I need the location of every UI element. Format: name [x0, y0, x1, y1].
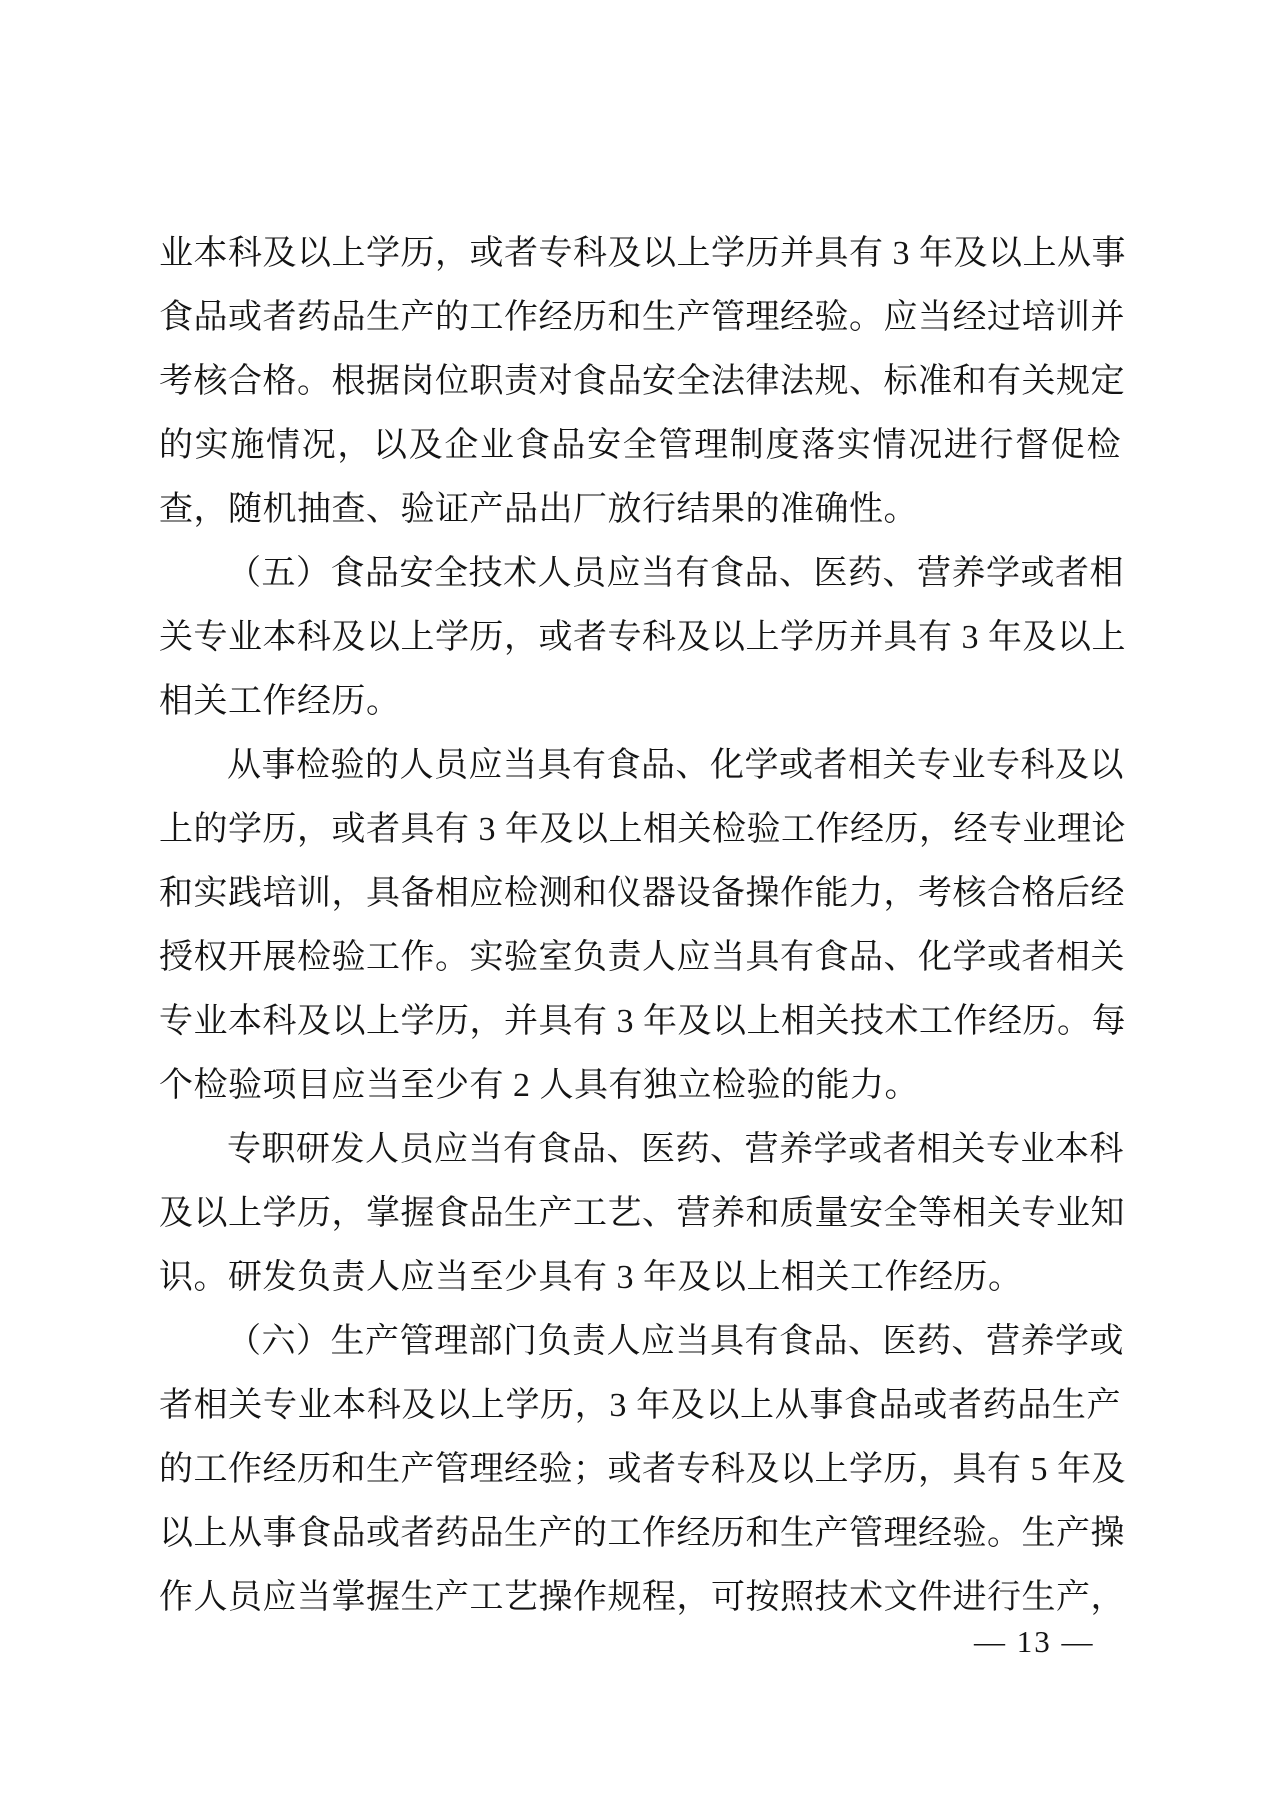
text-line: 作人员应当掌握生产工艺操作规程，可按照技术文件进行生产， [159, 1566, 1121, 1630]
text-line: 以上从事食品或者药品生产的工作经历和生产管理经验。生产操 [159, 1502, 1121, 1566]
text-line: 食品或者药品生产的工作经历和生产管理经验。应当经过培训并 [159, 286, 1121, 350]
text-line-paragraph-start: （五）食品安全技术人员应当有食品、医药、营养学或者相 [159, 542, 1121, 606]
page-number: — 13 — [974, 1622, 1095, 1662]
text-line-paragraph-start: 从事检验的人员应当具有食品、化学或者相关专业专科及以 [159, 734, 1121, 798]
text-line: 考核合格。根据岗位职责对食品安全法律法规、标准和有关规定 [159, 350, 1121, 414]
text-line-paragraph-start: 专职研发人员应当有食品、医药、营养学或者相关专业本科 [159, 1118, 1121, 1182]
text-line: 的实施情况，以及企业食品安全管理制度落实情况进行督促检 [159, 414, 1121, 478]
text-line: 授权开展检验工作。实验室负责人应当具有食品、化学或者相关 [159, 926, 1121, 990]
text-line: 专业本科及以上学历，并具有 3 年及以上相关技术工作经历。每 [159, 990, 1121, 1054]
text-line: 业本科及以上学历，或者专科及以上学历并具有 3 年及以上从事 [159, 222, 1121, 286]
text-line: 识。研发负责人应当至少具有 3 年及以上相关工作经历。 [159, 1246, 1121, 1310]
text-line: 上的学历，或者具有 3 年及以上相关检验工作经历，经专业理论 [159, 798, 1121, 862]
text-line: 个检验项目应当至少有 2 人具有独立检验的能力。 [159, 1054, 1121, 1118]
text-line: 及以上学历，掌握食品生产工艺、营养和质量安全等相关专业知 [159, 1182, 1121, 1246]
document-body-text: 业本科及以上学历，或者专科及以上学历并具有 3 年及以上从事 食品或者药品生产的… [159, 222, 1121, 1630]
text-line-paragraph-start: （六）生产管理部门负责人应当具有食品、医药、营养学或 [159, 1310, 1121, 1374]
document-page: 业本科及以上学历，或者专科及以上学历并具有 3 年及以上从事 食品或者药品生产的… [0, 0, 1280, 1809]
text-line: 的工作经历和生产管理经验；或者专科及以上学历，具有 5 年及 [159, 1438, 1121, 1502]
text-line: 关专业本科及以上学历，或者专科及以上学历并具有 3 年及以上 [159, 606, 1121, 670]
text-line: 者相关专业本科及以上学历，3 年及以上从事食品或者药品生产 [159, 1374, 1121, 1438]
text-line: 查，随机抽查、验证产品出厂放行结果的准确性。 [159, 478, 1121, 542]
text-line: 和实践培训，具备相应检测和仪器设备操作能力，考核合格后经 [159, 862, 1121, 926]
text-line: 相关工作经历。 [159, 670, 1121, 734]
